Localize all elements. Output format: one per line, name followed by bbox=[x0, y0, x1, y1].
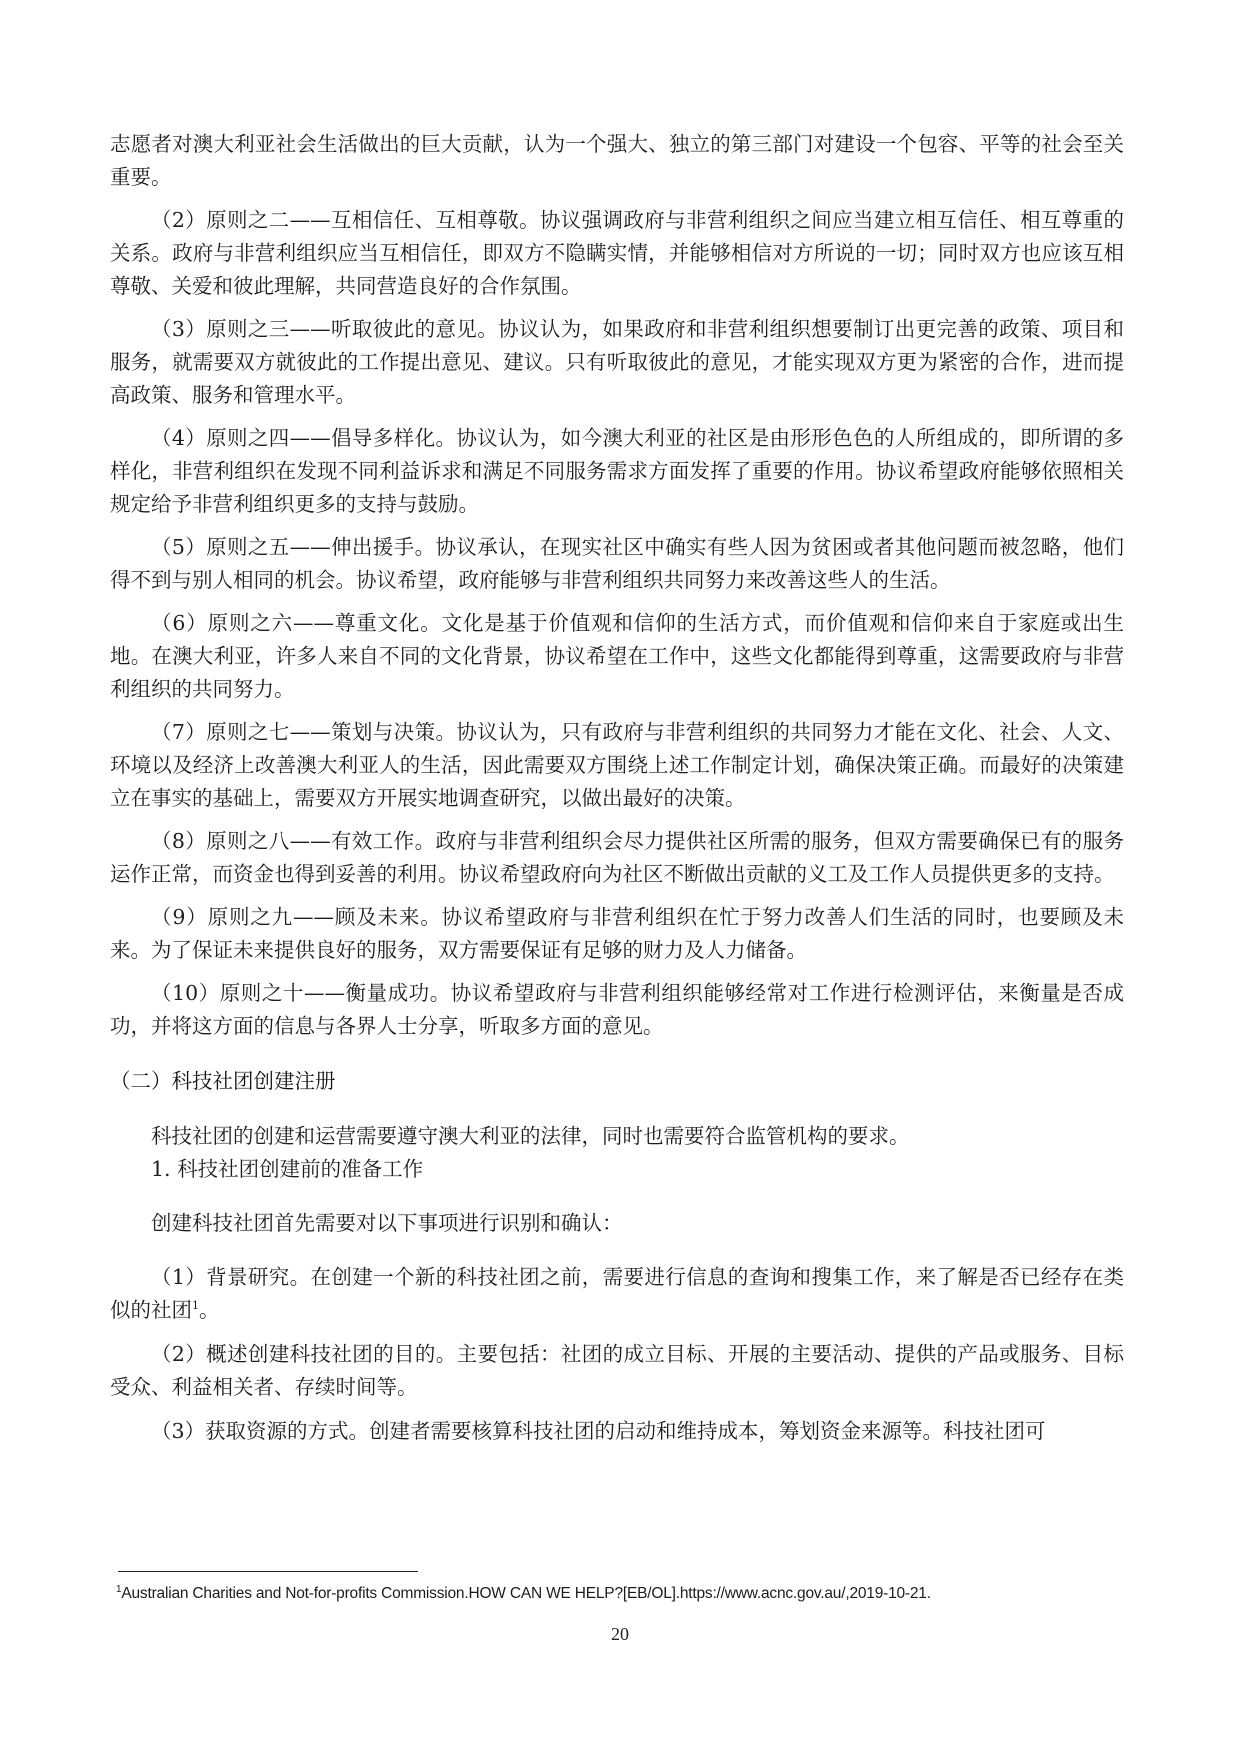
paragraph-principle-9: （9）原则之九——顾及未来。协议希望政府与非营利组织在忙于努力改善人们生活的同时… bbox=[110, 901, 1124, 967]
list-item-text: （1）背景研究。在创建一个新的科技社团之前，需要进行信息的查询和搜集工作，来了解… bbox=[110, 1265, 1124, 1322]
paragraph-principle-7: （7）原则之七——策划与决策。协议认为，只有政府与非营利组织的共同努力才能在文化… bbox=[110, 716, 1124, 815]
paragraph-principle-4: （4）原则之四——倡导多样化。协议认为，如今澳大利亚的社区是由形形色色的人所组成… bbox=[110, 422, 1124, 521]
section-heading: （二）科技社团创建注册 bbox=[110, 1065, 1124, 1098]
list-item-background-research: （1）背景研究。在创建一个新的科技社团之前，需要进行信息的查询和搜集工作，来了解… bbox=[110, 1261, 1124, 1327]
footnote: 1Australian Charities and Not-for-profit… bbox=[116, 1583, 1126, 1605]
page-number: 20 bbox=[0, 1624, 1240, 1645]
footnote-reference[interactable]: 1 bbox=[192, 1299, 199, 1312]
subsection-lead: 创建科技社团首先需要对以下事项进行识别和确认： bbox=[110, 1207, 1124, 1240]
paragraph-principle-8: （8）原则之八——有效工作。政府与非营利组织会尽力提供社区所需的服务，但双方需要… bbox=[110, 825, 1124, 891]
section-intro: 科技社团的创建和运营需要遵守澳大利亚的法律，同时也需要符合监管机构的要求。 bbox=[110, 1120, 1124, 1153]
document-page-body: 志愿者对澳大利亚社会生活做出的巨大贡献，认为一个强大、独立的第三部门对建设一个包… bbox=[110, 128, 1124, 1458]
subsection-title: 1. 科技社团创建前的准备工作 bbox=[110, 1153, 1124, 1186]
paragraph-principle-5: （5）原则之五——伸出援手。协议承认，在现实社区中确实有些人因为贫困或者其他问题… bbox=[110, 531, 1124, 597]
paragraph-principle-10: （10）原则之十——衡量成功。协议希望政府与非营利组织能够经常对工作进行检测评估… bbox=[110, 977, 1124, 1043]
paragraph-continuation: 志愿者对澳大利亚社会生活做出的巨大贡献，认为一个强大、独立的第三部门对建设一个包… bbox=[110, 128, 1124, 194]
paragraph-principle-2: （2）原则之二——互相信任、互相尊敬。协议强调政府与非营利组织之间应当建立相互信… bbox=[110, 204, 1124, 303]
footnote-text: Australian Charities and Not-for-profits… bbox=[121, 1585, 930, 1602]
list-item-purpose: （2）概述创建科技社团的目的。主要包括：社团的成立目标、开展的主要活动、提供的产… bbox=[110, 1338, 1124, 1404]
list-item-resources: （3）获取资源的方式。创建者需要核算科技社团的启动和维持成本，筹划资金来源等。科… bbox=[110, 1415, 1124, 1448]
list-item-tail: 。 bbox=[199, 1298, 220, 1322]
paragraph-principle-3: （3）原则之三——听取彼此的意见。协议认为，如果政府和非营利组织想要制订出更完善… bbox=[110, 313, 1124, 412]
paragraph-principle-6: （6）原则之六——尊重文化。文化是基于价值观和信仰的生活方式，而价值观和信仰来自… bbox=[110, 607, 1124, 706]
footnote-separator bbox=[118, 1571, 418, 1572]
